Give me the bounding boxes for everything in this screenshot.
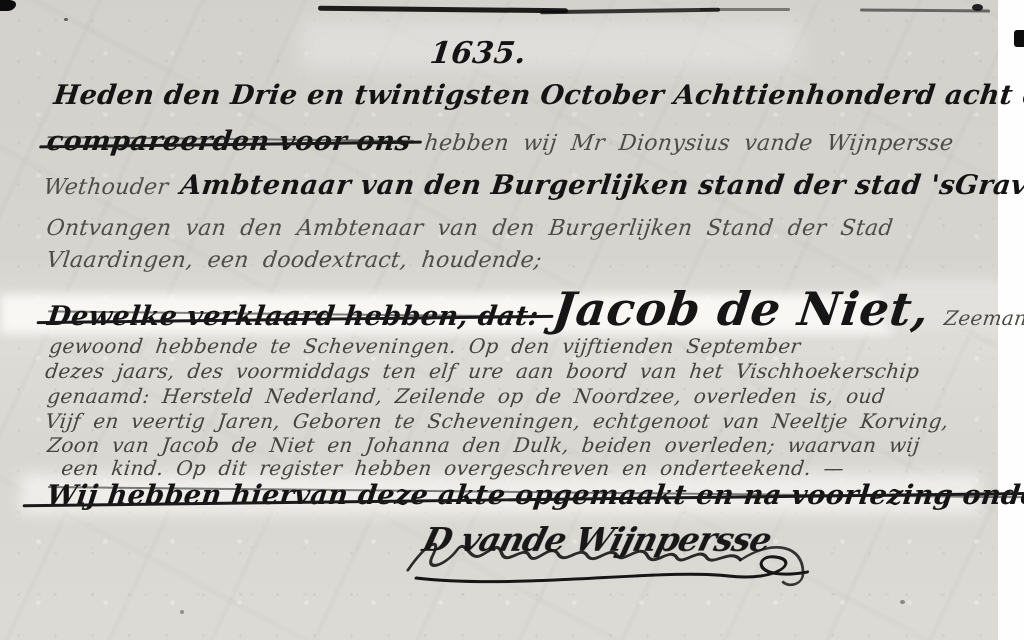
scanned-death-act: 1635. Heden den Drie en twintigsten Octo… xyxy=(0,0,1024,640)
inserted-registrar-clause: hebben wij Mr Dionysius vande Wijnpersse xyxy=(423,131,955,156)
body-line: dezes jaars, des voormiddags ten elf ure… xyxy=(44,359,921,383)
scan-ink-streak xyxy=(318,6,568,14)
body-line: Vijf en veertig Jaren, Geboren te Scheve… xyxy=(44,409,950,433)
signature-flourish xyxy=(388,512,839,596)
receipt-line: Vlaardingen, een doodextract, houdende; xyxy=(45,248,543,273)
deceased-name: Jacob de Niet, xyxy=(550,282,933,336)
body-line: Zoon van Jacob de Niet en Johanna den Du… xyxy=(46,433,921,457)
deceased-occupation: Zeeman, xyxy=(943,306,1024,330)
receipt-line: Ontvangen van den Ambtenaar van den Burg… xyxy=(45,216,894,241)
date-line: Heden den Drie en twintigsten October Ac… xyxy=(52,80,1024,111)
scan-corner-blot xyxy=(0,0,16,11)
registrar-signature: D vande Wijnpersse xyxy=(388,512,839,596)
scan-ink-speck xyxy=(972,4,983,11)
scan-edge-mark xyxy=(1014,30,1024,47)
scan-ink-speck xyxy=(64,18,68,21)
body-line: gewoond hebbende te Scheveningen. Op den… xyxy=(48,334,802,358)
scan-ink-streak xyxy=(700,8,790,11)
body-line: genaamd: Hersteld Nederland, Zeilende op… xyxy=(46,384,887,408)
scan-ink-streak xyxy=(860,8,990,12)
scan-ink-speck xyxy=(180,610,184,614)
struck-declaration-intro: Dewelke verklaard hebben, dat: xyxy=(45,301,540,332)
official-prefix: Wethouder xyxy=(42,175,170,200)
struck-closing-line: Wij hebben hiervan deze akte opgemaakt e… xyxy=(45,480,1024,511)
act-number: 1635. xyxy=(428,36,528,71)
scan-ink-speck xyxy=(900,600,905,604)
body-line: een kind. Op dit register hebben overges… xyxy=(60,456,846,480)
struck-compareerden-clause: compareerden voor ons xyxy=(45,126,413,157)
official-title: Ambtenaar van den Burgerlijken stand der… xyxy=(179,170,1024,201)
scan-tone-patch xyxy=(300,20,800,70)
